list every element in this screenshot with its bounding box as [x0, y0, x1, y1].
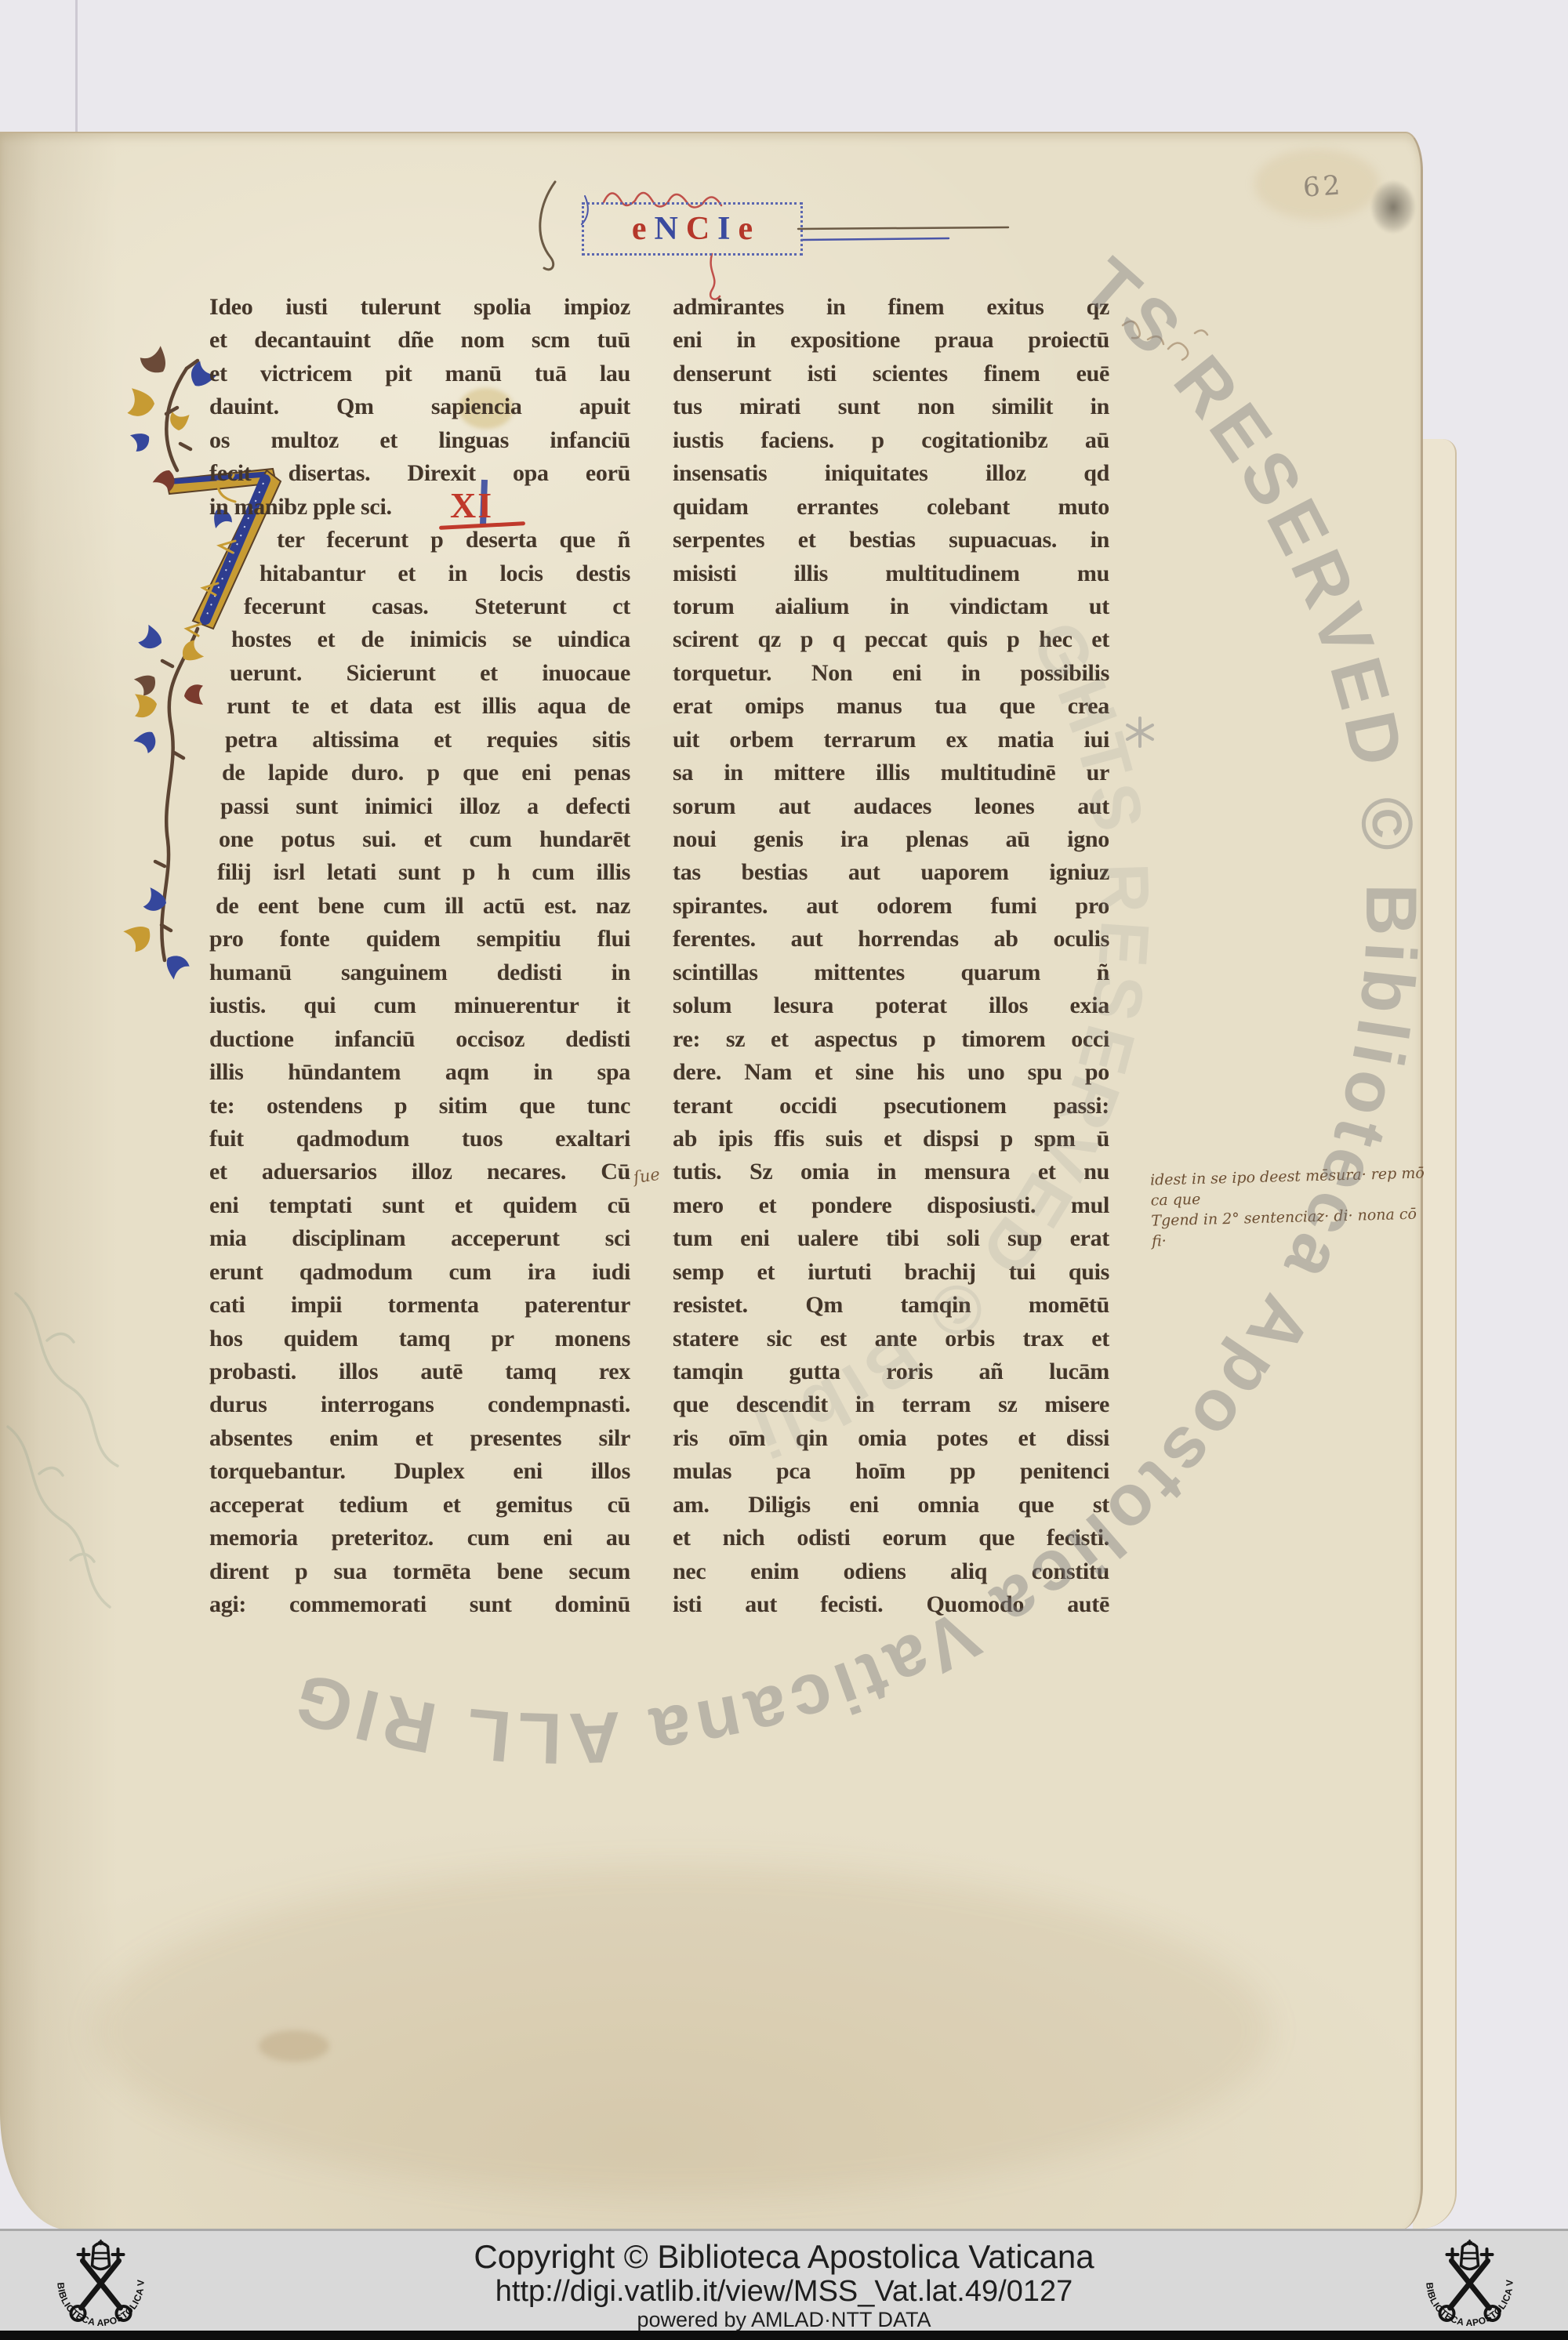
text-line: scintillas mittentes quarum ñ [673, 956, 1109, 989]
text-line: ductione infanciū occisoz dedisti [209, 1023, 630, 1056]
text-line: resistet. Qm tamqin momētū [673, 1289, 1109, 1322]
running-title: eNCIe [582, 202, 803, 256]
text-line: dirent p sua tormēta bene secum [209, 1555, 630, 1588]
running-title-letter: N [654, 212, 677, 245]
text-line: isti aut fecisti. Quomodo autē [673, 1588, 1109, 1621]
running-title-letter: C [686, 212, 710, 245]
marginal-gloss-line: Tgend in 2° sentenciaz· di· nona cō fi· [1151, 1203, 1426, 1251]
text-line: sorum aut audaces leones aut [673, 790, 1109, 823]
marginal-gloss-line: idest in se ipo deest mēsura· rep mō ca … [1150, 1163, 1425, 1210]
text-line: mia disciplinam acceperunt sci [209, 1222, 630, 1255]
text-line: semp et iurtuti brachij tui quis [673, 1256, 1109, 1289]
black-bottom-bar [0, 2331, 1568, 2340]
text-line: et aduersarios illoz necares. Cū [209, 1155, 630, 1188]
text-line: hitabantur et in locis destis [209, 557, 630, 590]
text-line: erat omips manus tua que crea [673, 690, 1109, 723]
text-line: torquetur. Non eni in possibilis [673, 657, 1109, 690]
running-title-letter: e [739, 212, 753, 245]
text-line: pro fonte quidem sempitiu flui [209, 923, 630, 956]
text-line: ris oīm qin omia potes et dissi [673, 1422, 1109, 1455]
text-line: terant occidi psecutionem passi: [673, 1090, 1109, 1123]
text-line: dauint. Qm sapiencia apuit [209, 390, 630, 423]
text-line: acceperat tedium et gemitus cū [209, 1489, 630, 1522]
text-line: de eent bene cum ill actū est. naz [209, 890, 630, 923]
text-line: misisti illis multitudinem mu [673, 557, 1109, 590]
text-line: petra altissima et requies sitis [209, 724, 630, 756]
text-line: tum eni ualere tibi soli sup erat [673, 1222, 1109, 1255]
text-line: nec enim odiens aliq constitu [673, 1555, 1109, 1588]
footer-bar: Copyright © Biblioteca Apostolica Vatica… [0, 2229, 1568, 2333]
page-gutter-crease [75, 0, 78, 133]
running-title-letter: I [717, 212, 730, 245]
text-line: absentes enim et presentes silr [209, 1422, 630, 1455]
text-line: quidam errantes colebant muto [673, 491, 1109, 524]
text-line: denserunt isti scientes finem euē [673, 357, 1109, 390]
text-line: ter fecerunt p deserta que ñ [209, 524, 630, 557]
text-line: te: ostendens p sitim que tunc [209, 1090, 630, 1123]
text-column-left: Ideo iusti tulerunt spolia impiozet deca… [209, 291, 630, 1622]
text-line: tamqin gutta roris añ lucām [673, 1355, 1109, 1388]
text-line: fecit disertas. Direxit opa eorū [209, 457, 630, 490]
text-line: re: sz et aspectus p timorem occi [673, 1023, 1109, 1056]
text-line: iustis. qui cum minuerentur it [209, 989, 630, 1022]
marginal-gloss: idest in se ipo deest mēsura· rep mō ca … [1150, 1163, 1427, 1251]
text-line: mulas pca hoīm pp penitenci [673, 1455, 1109, 1488]
text-line: scirent qz p q peccat quis p hec et [673, 623, 1109, 656]
text-line: runt te et data est illis aqua de [209, 690, 630, 723]
text-line: cati impii tormenta paterentur [209, 1289, 630, 1322]
text-line: torum aialium in vindictam ut [673, 590, 1109, 623]
text-line: hostes et de inimicis se uindica [209, 623, 630, 656]
text-line: humanū sanguinem dedisti in [209, 956, 630, 989]
text-line: insensatis iniquitates illoz qd [673, 457, 1109, 490]
text-line: os multoz et linguas infanciū [209, 424, 630, 457]
text-line: eni in expositione praua proiectū [673, 324, 1109, 357]
text-line: agi: commemorati sunt dominū [209, 1588, 630, 1621]
text-line: mero et pondere disposiusti. mul [673, 1189, 1109, 1222]
text-line: tas bestias aut uaporem igniuz [673, 856, 1109, 889]
powered-by-text: powered by AMLAD·NTT DATA [0, 2308, 1568, 2332]
marginal-note-sue: ſue [632, 1165, 661, 1187]
running-title-letter: e [632, 212, 647, 245]
text-line: et victricem pit manū tuā lau [209, 357, 630, 390]
text-line: dere. Nam et sine his uno spu po [673, 1056, 1109, 1089]
text-line: noui genis ira plenas aū igno [673, 823, 1109, 856]
ink-smudge [1363, 171, 1424, 243]
text-line: eni temptati sunt et quidem cū [209, 1189, 630, 1222]
text-line: am. Diligis eni omnia que st [673, 1489, 1109, 1522]
chapter-numeral-xi: XI [450, 484, 493, 526]
text-line: durus interrogans condempnasti. [209, 1388, 630, 1421]
text-line: uerunt. Sicierunt et inuocaue [209, 657, 630, 690]
text-line: et decantauint dñe nom scm tuū [209, 324, 630, 357]
text-line: fecerunt casas. Steterunt ct [209, 590, 630, 623]
text-line: filij isrl letati sunt p h cum illis [209, 856, 630, 889]
text-line: in manibz pple sci. [209, 491, 630, 524]
text-column-right: admirantes in finem exitus qzeni in expo… [673, 291, 1109, 1622]
manuscript-url: http://digi.vatlib.it/view/MSS_Vat.lat.4… [0, 2275, 1568, 2309]
text-line: Ideo iusti tulerunt spolia impioz [209, 291, 630, 324]
text-line: ferentes. aut horrendas ab oculis [673, 923, 1109, 956]
text-line: iustis faciens. p cogitationibz aū [673, 424, 1109, 457]
text-line: illis hūndantem aqm in spa [209, 1056, 630, 1089]
text-line: one potus sui. et cum hundarēt [209, 823, 630, 856]
text-line: memoria preteritoz. cum eni au [209, 1522, 630, 1555]
digitized-manuscript-view: eNCIe 62 [0, 0, 1568, 2340]
text-line: admirantes in finem exitus qz [673, 291, 1109, 324]
vatican-library-logo-left: BIBLIOTECA APOSTOLICA VATICANA [28, 2234, 173, 2336]
text-line: que descendit in terram sz misere [673, 1388, 1109, 1421]
folio-number: 62 [1302, 169, 1345, 203]
text-line: solum lesura poterat illos exia [673, 989, 1109, 1022]
text-line: serpentes et bestias supuacuas. in [673, 524, 1109, 557]
text-line: torquebantur. Duplex eni illos [209, 1455, 630, 1488]
text-line: tus mirati sunt non similit in [673, 390, 1109, 423]
text-line: probasti. illos autē tamq rex [209, 1355, 630, 1388]
text-line: tutis. Sz omia in mensura et nu [673, 1155, 1109, 1188]
text-line: spirantes. aut odorem fumi pro [673, 890, 1109, 923]
text-line: erunt qadmodum cum ira iudi [209, 1256, 630, 1289]
text-line: de lapide duro. p que eni penas [209, 756, 630, 789]
text-line: ab ipis ffis suis et dispsi p spm ū [673, 1123, 1109, 1155]
text-line: passi sunt inimici illoz a defecti [209, 790, 630, 823]
vatican-library-logo-right: BIBLIOTECA APOSTOLICA VATICANA [1397, 2234, 1542, 2336]
text-line: et nich odisti eorum que fecisti. [673, 1522, 1109, 1555]
copyright-text: Copyright © Biblioteca Apostolica Vatica… [0, 2238, 1568, 2276]
text-line: statere sic est ante orbis trax et [673, 1322, 1109, 1355]
text-line: hos quidem tamq pr monens [209, 1322, 630, 1355]
text-line: fuit qadmodum tuos exaltari [209, 1123, 630, 1155]
text-line: sa in mittere illis multitudinē ur [673, 756, 1109, 789]
text-line: uit orbem terrarum ex matia iui [673, 724, 1109, 756]
